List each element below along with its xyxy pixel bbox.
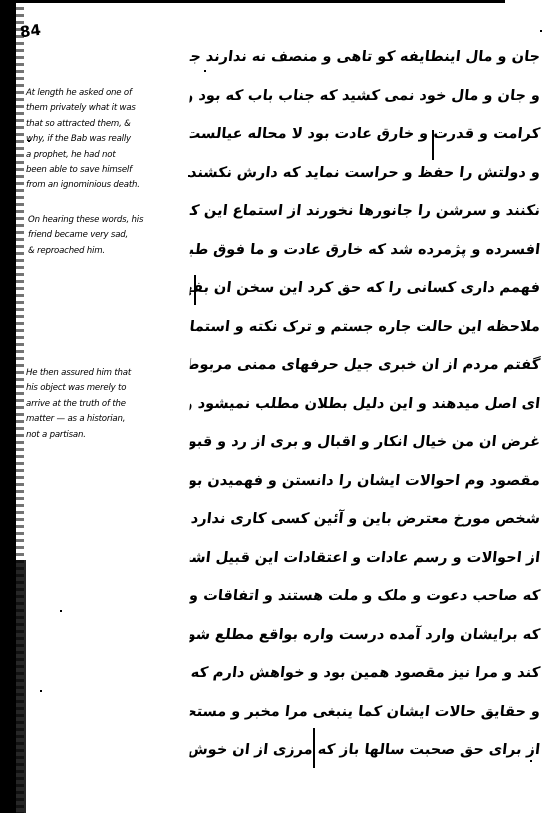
manuscript-line: نکنند و سرشن را جانورها نخورند از استماع… bbox=[188, 192, 542, 231]
margin-note-line: his object was merely to bbox=[26, 381, 186, 396]
manuscript-line: ای اصل میدهند و این دلیل بطلان مطلب نمیش… bbox=[188, 385, 542, 424]
margin-note-line: been able to save himself bbox=[26, 163, 186, 178]
margin-note-line: He then assured him that bbox=[26, 366, 186, 381]
scan-speck bbox=[204, 70, 206, 72]
margin-note-line: friend became very sad, bbox=[28, 228, 188, 243]
ink-stroke bbox=[432, 130, 434, 160]
margin-note-line: them privately what it was bbox=[26, 101, 186, 116]
manuscript-line: کند و مرا نیز مقصود همین بود و خواهش دار… bbox=[188, 654, 542, 693]
manuscript-line: که برایشان وارد آمده درست واره بواقع مطل… bbox=[188, 616, 542, 655]
manuscript-line: که صاحب دعوت و ملک و ملت هستند و اتفاقات… bbox=[188, 577, 542, 616]
margin-note-line: not a partisan. bbox=[26, 428, 186, 443]
manuscript-line: کرامت و قدرت و خارق عادت بود لا محاله عی… bbox=[188, 115, 542, 154]
margin-note-line: arrive at the truth of the bbox=[26, 397, 186, 412]
manuscript-line: و جان و مال خود نمی کشید که جناب باب که … bbox=[188, 77, 542, 116]
page-number: 84 bbox=[19, 21, 42, 42]
manuscript-line: و حقایق حالات ایشان کما ینبغی مرا مخبر و… bbox=[188, 693, 542, 732]
scan-speck bbox=[28, 140, 30, 142]
manuscript-line: ملاحظه این حالت جاره جستم و ترک نکته و ا… bbox=[188, 308, 542, 347]
margin-note-line: that so attracted them, & bbox=[26, 117, 186, 132]
margin-note-line: & reproached him. bbox=[28, 244, 188, 259]
scan-speck bbox=[530, 760, 532, 762]
manuscript-line: جان و مال اینطایفه کو تاهی و منصف نه ندا… bbox=[188, 38, 542, 77]
margin-note-3: He then assured him that his object was … bbox=[26, 366, 186, 443]
margin-note-line: a prophet, he had not bbox=[26, 148, 186, 163]
manuscript-line: فهمم داری کسانی را که حق کرد این سخن ان … bbox=[188, 269, 542, 308]
ink-stroke bbox=[194, 275, 196, 305]
scan-speck bbox=[60, 610, 62, 612]
manuscript-line: افسرده و پژمرده شد که خارق عادت و ما فوق… bbox=[188, 231, 542, 270]
scan-top-edge bbox=[0, 0, 505, 3]
manuscript-line: گفتم مردم از ان خبری جیل حرفهای ممنی مرب… bbox=[188, 346, 542, 385]
margin-note-2: On hearing these words, his friend becam… bbox=[28, 213, 188, 259]
scan-left-edge-lower bbox=[14, 560, 26, 813]
manuscript-page: 84 At length he asked one of them privat… bbox=[0, 0, 546, 813]
manuscript-line: غرض ان من خیال انکار و اقبال و بری از رد… bbox=[188, 423, 542, 462]
scan-speck bbox=[188, 175, 190, 177]
scan-speck bbox=[40, 690, 42, 692]
margin-note-line: On hearing these words, his bbox=[28, 213, 188, 228]
manuscript-line: مقصود وم احوالات ایشان را دانستن و فهمید… bbox=[188, 462, 542, 501]
margin-note-line: from an ignominious death. bbox=[26, 178, 186, 193]
margin-note-line: why, if the Bab was really bbox=[26, 132, 186, 147]
manuscript-line: و دولتش را حفظ و حراست نماید که دارش نکش… bbox=[188, 154, 542, 193]
manuscript-line: شخص مورخ معترض باین و آئین کسی کاری ندار… bbox=[188, 500, 542, 539]
margin-note-1: At length he asked one of them privately… bbox=[26, 86, 186, 194]
scan-speck bbox=[540, 30, 542, 32]
manuscript-line: از احوالات و رسم عادات و اعتقادات این قب… bbox=[188, 539, 542, 578]
margin-note-line: At length he asked one of bbox=[26, 86, 186, 101]
margin-note-line: matter — as a historian, bbox=[26, 412, 186, 427]
ink-stroke bbox=[313, 728, 315, 768]
persian-manuscript-text: جان و مال اینطایفه کو تاهی و منصف نه ندا… bbox=[190, 38, 540, 770]
manuscript-line: از برای حق صحبت سالها باز که مرزی از ان … bbox=[188, 731, 542, 770]
